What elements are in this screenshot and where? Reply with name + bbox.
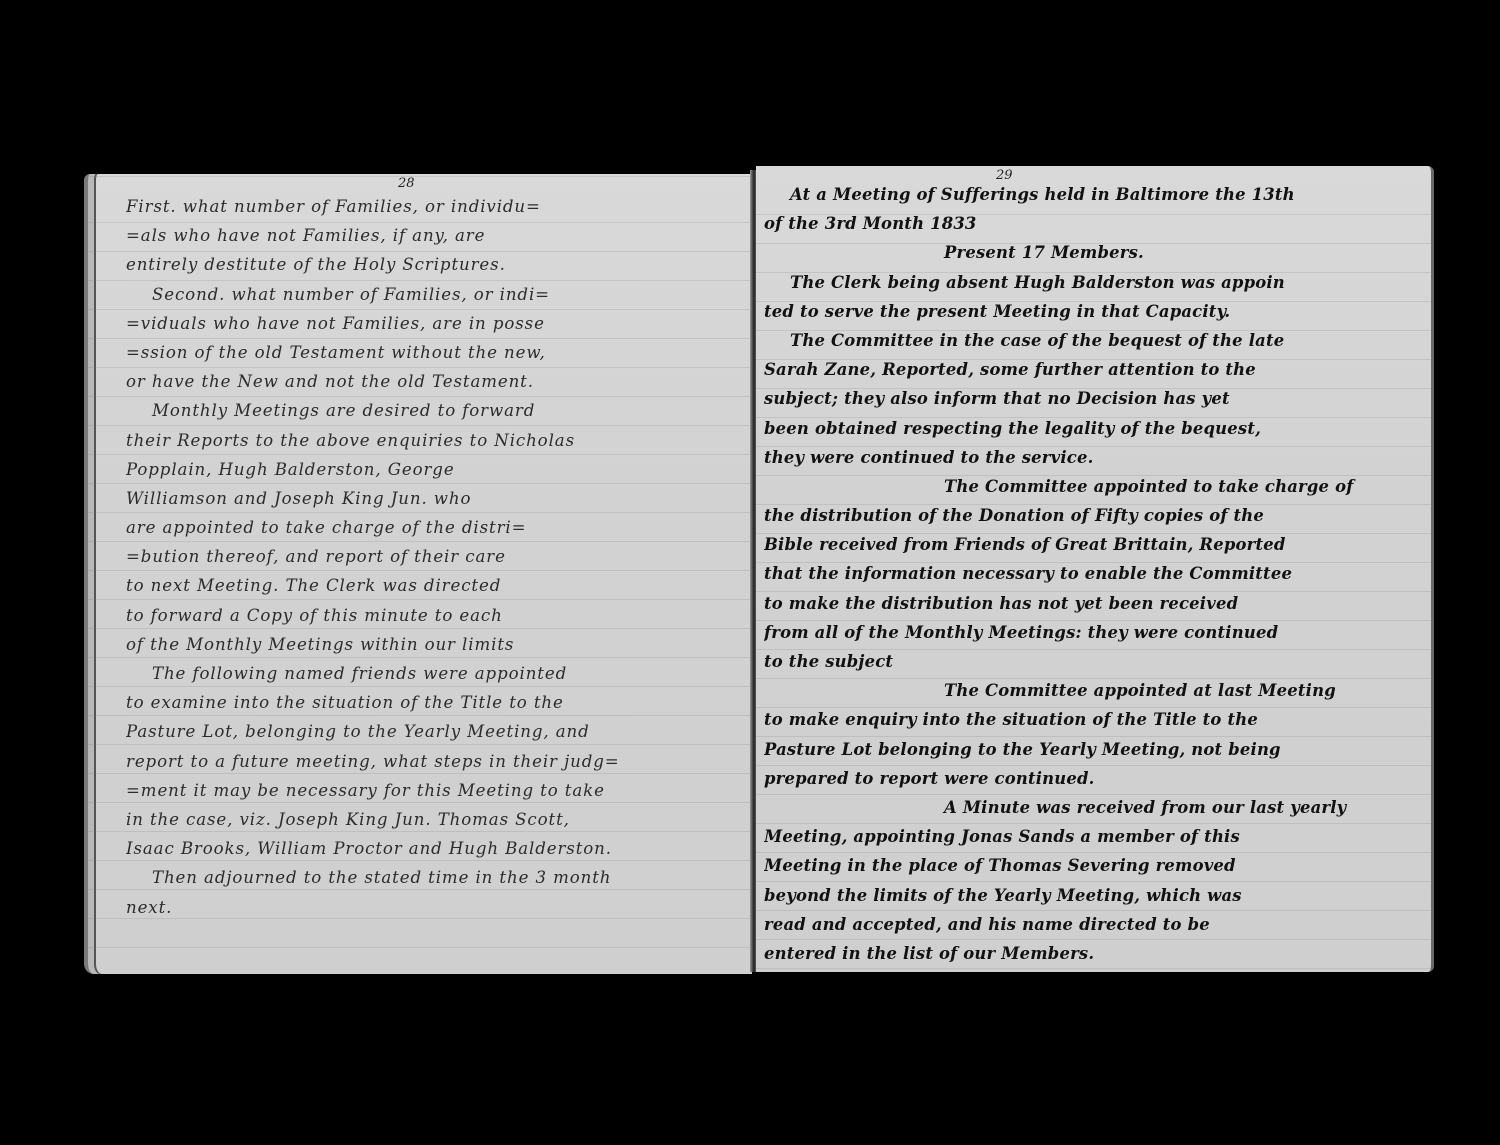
text-line: been obtained respecting the legality of… [764,414,1413,443]
text-line: in the case, viz. Joseph King Jun. Thoma… [126,805,734,834]
text-line: =als who have not Families, if any, are [126,221,734,250]
text-line: The Committee appointed to take charge o… [764,472,1413,501]
text-line: Meeting in the place of Thomas Severing … [764,851,1413,880]
text-line: Meeting, appointing Jonas Sands a member… [764,822,1413,851]
text-line: their Reports to the above enquiries to … [126,426,734,455]
text-line: Then adjourned to the stated time in the… [126,863,734,892]
text-line: Pasture Lot belonging to the Yearly Meet… [764,735,1413,764]
text-line: of the Monthly Meetings within our limit… [126,630,734,659]
text-line: are appointed to take charge of the dist… [126,513,734,542]
text-line: Sarah Zane, Reported, some further atten… [764,355,1413,384]
text-line: Pasture Lot, belonging to the Yearly Mee… [126,717,734,746]
right-page: 29 At a Meeting of Sufferings held in Ba… [756,166,1434,972]
text-line: First. what number of Families, or indiv… [126,192,734,221]
text-line: Second. what number of Families, or indi… [126,280,734,309]
left-page-text: First. what number of Families, or indiv… [126,192,734,922]
text-line: The Clerk being absent Hugh Balderston w… [764,268,1413,297]
text-line: Monthly Meetings are desired to forward [126,396,734,425]
text-line: to make the distribution has not yet bee… [764,589,1413,618]
text-line: the distribution of the Donation of Fift… [764,501,1413,530]
text-line: Popplain, Hugh Balderston, George [126,455,734,484]
text-line: to make enquiry into the situation of th… [764,705,1413,734]
text-line: entirely destitute of the Holy Scripture… [126,250,734,279]
text-line: Isaac Brooks, William Proctor and Hugh B… [126,834,734,863]
text-line: subject; they also inform that no Decisi… [764,384,1413,413]
text-line: Then adjourned to the stated time in the… [764,968,1413,972]
text-line: A Minute was received from our last year… [764,793,1413,822]
text-line: report to a future meeting, what steps i… [126,747,734,776]
left-page: 28 First. what number of Families, or in… [84,174,752,974]
text-line: =ment it may be necessary for this Meeti… [126,776,734,805]
text-line: Williamson and Joseph King Jun. who [126,484,734,513]
text-line: read and accepted, and his name directed… [764,910,1413,939]
text-line: =ssion of the old Testament without the … [126,338,734,367]
text-line: =bution thereof, and report of their car… [126,542,734,571]
text-line: ted to serve the present Meeting in that… [764,297,1413,326]
text-line: beyond the limits of the Yearly Meeting,… [764,881,1413,910]
text-line: next. [126,893,734,922]
text-line: of the 3rd Month 1833 [764,209,1413,238]
text-line: Bible received from Friends of Great Bri… [764,530,1413,559]
text-line: At a Meeting of Sufferings held in Balti… [764,180,1413,209]
text-line: to the subject [764,647,1413,676]
text-line: they were continued to the service. [764,443,1413,472]
text-line: prepared to report were continued. [764,764,1413,793]
text-line: =viduals who have not Families, are in p… [126,309,734,338]
text-line: to next Meeting. The Clerk was directed [126,571,734,600]
text-line: to examine into the situation of the Tit… [126,688,734,717]
right-page-text: At a Meeting of Sufferings held in Balti… [764,180,1413,972]
text-line: that the information necessary to enable… [764,559,1413,588]
text-line: The Committee in the case of the bequest… [764,326,1413,355]
page-number-left: 28 [398,176,415,191]
text-line: The following named friends were appoint… [126,659,734,688]
text-line: entered in the list of our Members. [764,939,1413,968]
open-minute-book: 28 First. what number of Families, or in… [84,166,1434,974]
text-line: Present 17 Members. [764,238,1413,267]
text-line: to forward a Copy of this minute to each [126,601,734,630]
text-line: The Committee appointed at last Meeting [764,676,1413,705]
text-line: or have the New and not the old Testamen… [126,367,734,396]
text-line: from all of the Monthly Meetings: they w… [764,618,1413,647]
